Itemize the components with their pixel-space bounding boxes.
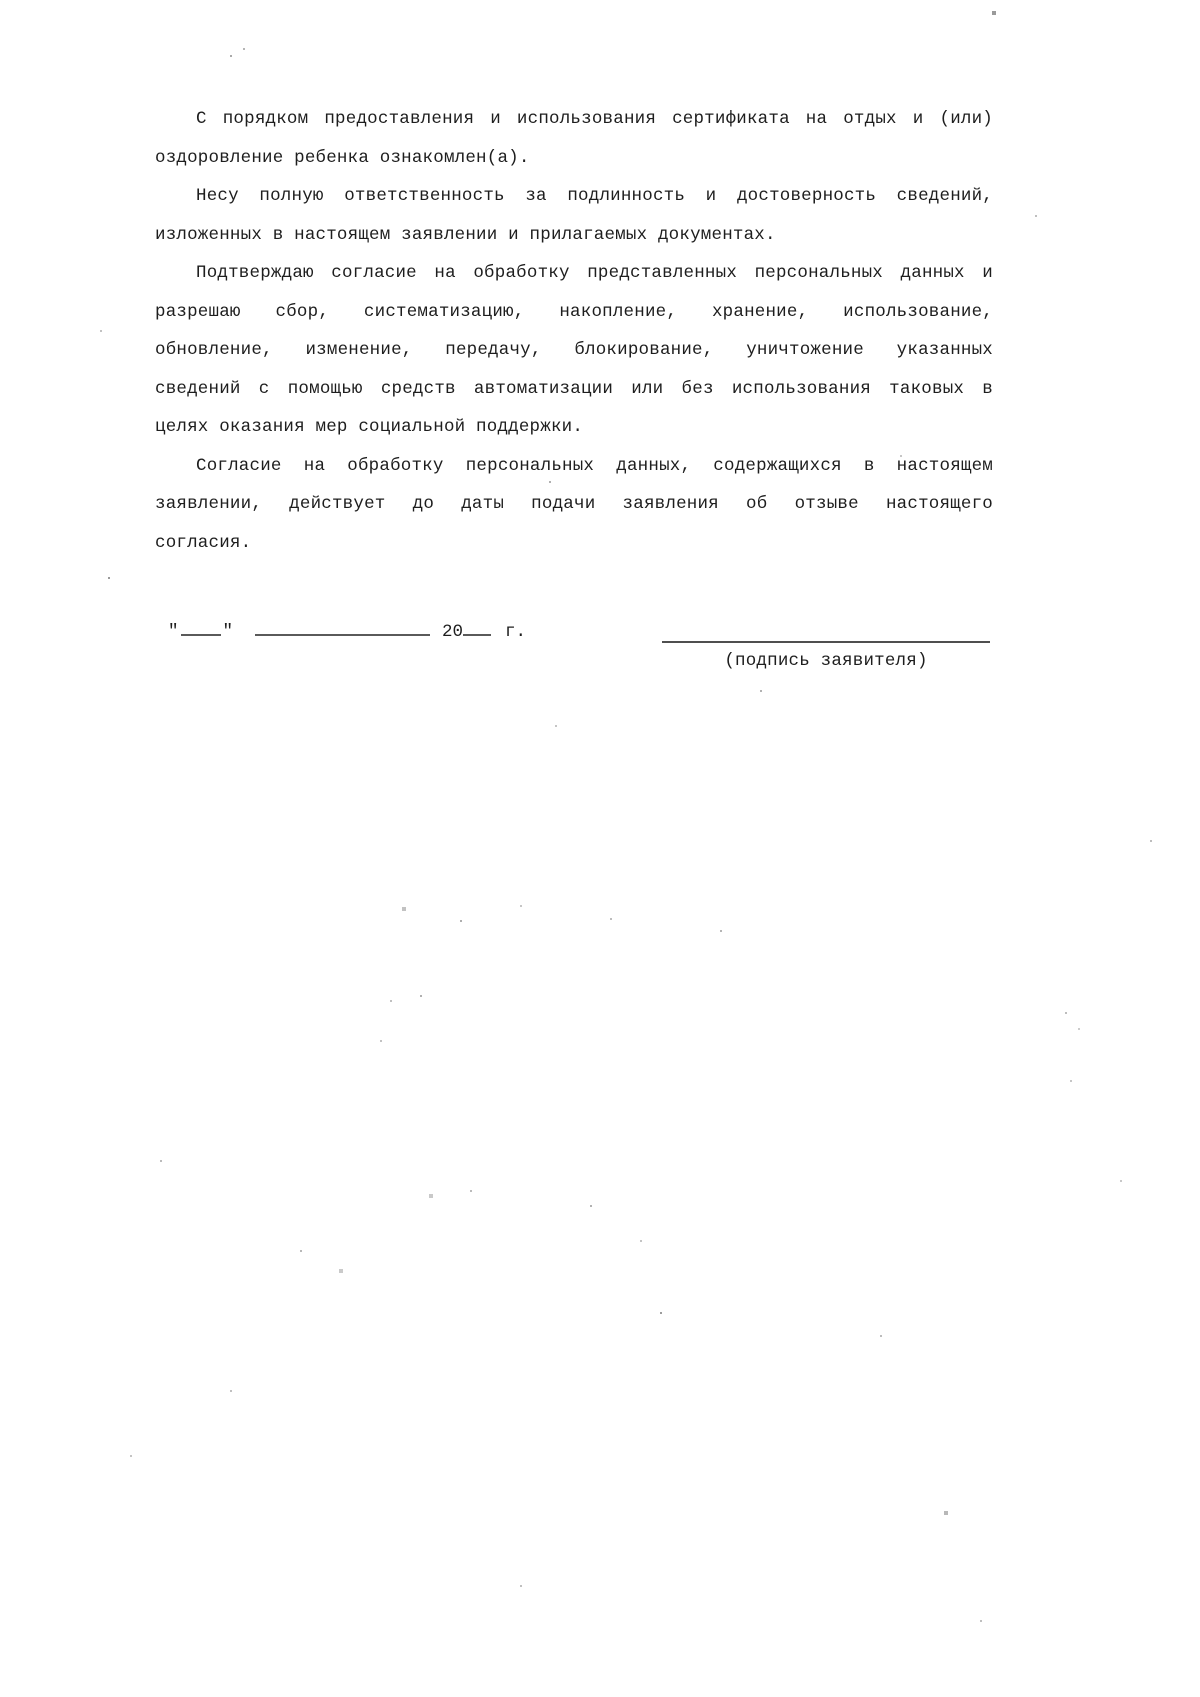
signature-line (662, 641, 990, 643)
date-close-quote: " (223, 622, 234, 642)
paragraph-line: согласия. (155, 524, 993, 563)
paragraph-line: Согласие на обработку персональных данны… (155, 447, 993, 486)
paragraph-line: целях оказания мер социальной поддержки. (155, 408, 993, 447)
paragraph-line: оздоровление ребенка ознакомлен(а). (155, 139, 993, 178)
paragraph-line: Подтверждаю согласие на обработку предст… (155, 254, 993, 293)
signature-block: (подпись заявителя) (662, 641, 990, 673)
date-year-blank (463, 616, 491, 636)
paragraph-line: Несу полную ответственность за подлиннос… (155, 177, 993, 216)
date-open-quote: " (168, 622, 179, 642)
date-month-blank (255, 616, 430, 636)
scan-noise (0, 0, 2, 2)
paragraph-line: изложенных в настоящем заявлении и прила… (155, 216, 993, 255)
scanned-document-page: С порядком предоставления и использовани… (0, 0, 1200, 1697)
paragraph-line: С порядком предоставления и использовани… (155, 100, 993, 139)
date-year-century: 20 (442, 622, 463, 642)
date-fill-line: ""20г. (168, 616, 526, 648)
date-day-blank (181, 616, 221, 636)
signature-caption: (подпись заявителя) (662, 649, 990, 673)
paragraph-line: разрешаю сбор, систематизацию, накоплени… (155, 293, 993, 332)
paragraph-line: заявлении, действует до даты подачи заяв… (155, 485, 993, 524)
date-year-label: г. (505, 622, 526, 642)
paragraph-line: сведений с помощью средств автоматизации… (155, 370, 993, 409)
paragraph-line: обновление, изменение, передачу, блокиро… (155, 331, 993, 370)
body-text: С порядком предоставления и использовани… (155, 100, 993, 562)
